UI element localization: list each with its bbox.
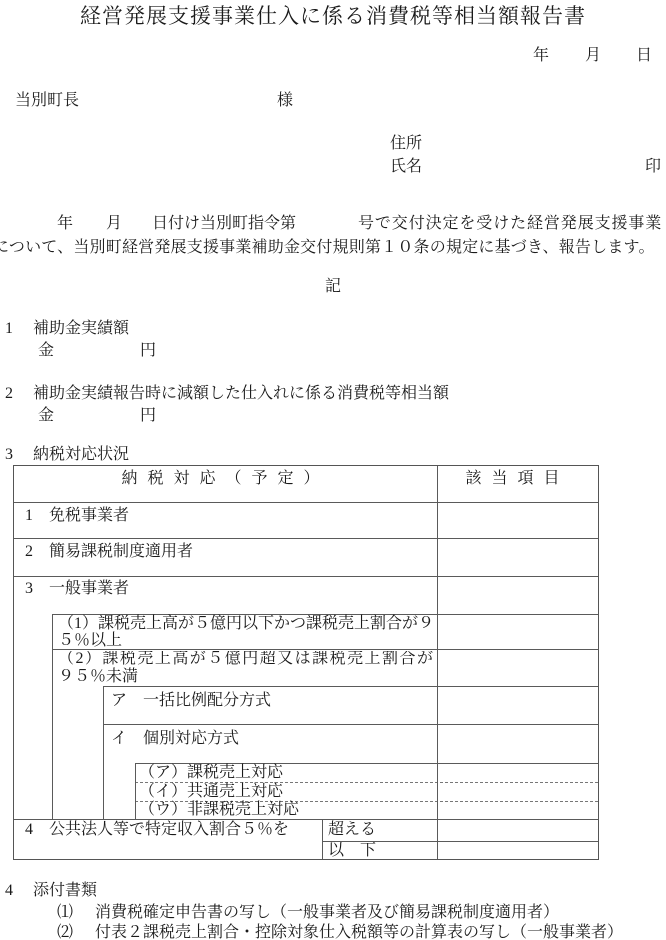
row-nontaxable-sales: （ウ）非課税売上対応 [139, 802, 299, 818]
row-3-1-line1-main: （1）課税売上高が５億円以下かつ課税売上割合が [58, 616, 418, 632]
recipient-name: 当別町長 [15, 93, 79, 109]
row-public-corporation: 4 公共法人等で特定収入割合５％を [25, 822, 289, 838]
row-individual-method: イ 個別対応方式 [111, 731, 239, 747]
table-rule [52, 649, 598, 650]
table-rule [135, 763, 136, 819]
name-label: 氏名 [390, 159, 422, 175]
table-rule [14, 538, 598, 539]
item4-number: 4 [5, 883, 13, 899]
table-rule [14, 502, 598, 503]
item2-yen-suffix: 円 [140, 407, 156, 424]
paragraph-line2: について、当別町経営発展支援事業補助金交付規則第１０条の規定に基づき、報告します… [0, 240, 655, 256]
item1-title: 補助金実績額 [33, 321, 129, 337]
year-label: 年 [533, 48, 549, 64]
seal-label: 印 [645, 159, 661, 175]
honorific-label: 様 [277, 93, 293, 109]
document-title: 経営発展支援事業仕入に係る消費税等相当額報告書 [0, 6, 666, 27]
item1-amount-line: 金円 [38, 343, 156, 359]
address-label: 住所 [390, 136, 422, 152]
table-rule [103, 686, 104, 819]
item2-title: 補助金実績報告時に減額した仕入れに係る消費税等相当額 [33, 386, 449, 402]
row-3-1-line2: ５％以上 [58, 633, 122, 649]
table-rule [437, 466, 438, 859]
month-label: 月 [585, 48, 601, 64]
document-page: 経営発展支援事業仕入に係る消費税等相当額報告書 年 月 日 当別町長 様 住所 … [0, 0, 666, 940]
attachment1-number: ⑴ [57, 905, 73, 921]
table-header-tax-response: 納税対応（予定） [14, 471, 437, 487]
table-rule [103, 686, 598, 687]
row-below-label: 以 下 [328, 843, 376, 859]
ki-heading: 記 [0, 279, 666, 295]
table-rule [14, 576, 598, 577]
item4-title: 添付書類 [33, 883, 97, 899]
day-label: 日 [636, 48, 652, 64]
row-common-sales: （イ）共通売上対応 [139, 784, 283, 800]
attachment2-number: ⑵ [57, 925, 73, 940]
table-rule [52, 614, 53, 819]
row-taxable-sales: （ア）課税売上対応 [139, 765, 283, 781]
row-simplified-taxation: 2 簡易課税制度適用者 [25, 544, 193, 560]
item1-yen-suffix: 円 [140, 342, 156, 359]
row-lump-sum-method: ア 一括比例配分方式 [111, 693, 271, 709]
item2-amount-line: 金円 [38, 408, 156, 424]
table-rule [103, 724, 598, 725]
item3-number: 3 [5, 447, 13, 463]
row-3-2-line1: （2）課税売上高が５億円超又は課税売上割合が [58, 651, 433, 668]
row-tax-exempt: 1 免税事業者 [25, 508, 129, 524]
paragraph-year-label: 年 [57, 216, 73, 232]
attachment2-text: 付表２課税売上割合・控除対象仕入税額等の計算表の写し（一般事業者） [95, 925, 623, 940]
item1-yen-prefix: 金 [38, 342, 54, 359]
item2-yen-prefix: 金 [38, 407, 54, 424]
paragraph-grant-text: 号で交付決定を受けた経営発展支援事業 [358, 216, 662, 232]
row-general-business: 3 一般事業者 [25, 581, 129, 597]
row-3-1-line1: （1）課税売上高が５億円以下かつ課税売上割合が ９ [58, 616, 430, 632]
item1-number: 1 [5, 321, 13, 337]
item3-title: 納税対応状況 [33, 447, 129, 463]
item2-number: 2 [5, 386, 13, 402]
row-3-2-line2: ９５％未満 [58, 669, 138, 685]
row-exceed-label: 超える [328, 822, 376, 838]
table-rule [322, 819, 323, 859]
attachment1-text: 消費税確定申告書の写し（一般事業者及び簡易課税制度適用者） [95, 905, 559, 921]
paragraph-directive-text: 日付け当別町指令第 [152, 216, 296, 232]
tax-response-table: 納税対応（予定） 該当項目 1 免税事業者 2 簡易課税制度適用者 3 一般事業… [13, 465, 599, 860]
table-rule [14, 819, 598, 820]
table-header-applicable-item: 該当項目 [437, 471, 598, 487]
row-3-1-line1-tail: ９ [418, 616, 434, 632]
paragraph-month-label: 月 [106, 216, 122, 232]
